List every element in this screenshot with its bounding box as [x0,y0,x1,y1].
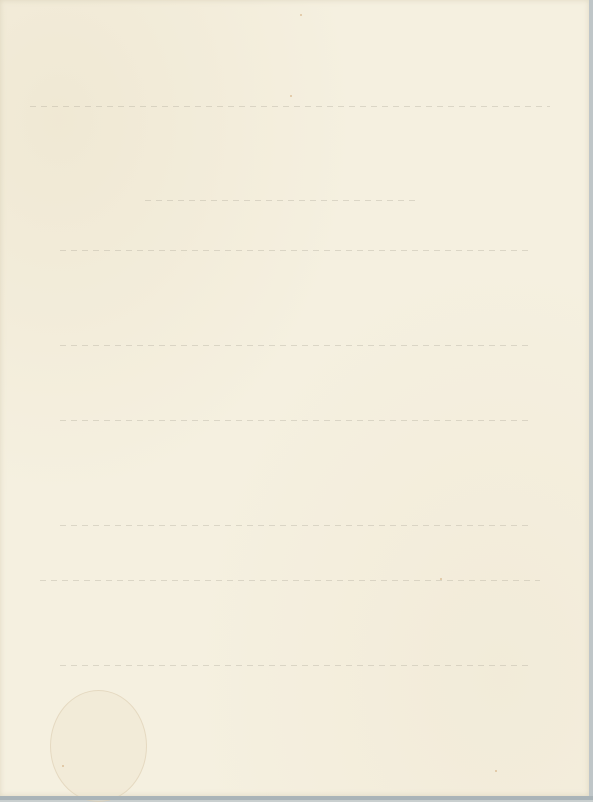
paper-speck [290,95,292,97]
bleed-through-line [60,250,530,251]
bleed-through-line [145,200,415,201]
scanned-page [0,0,589,796]
scan-edge-right [589,0,593,800]
bleed-through-line [60,665,530,666]
paper-speck [300,14,302,16]
bleed-through-line [60,525,530,526]
bleed-through-line [60,420,530,421]
paper-speck [440,578,442,580]
scan-edge-bottom [0,796,593,800]
paper-speck [495,770,497,772]
water-stain [50,690,147,800]
bleed-through-line [60,345,530,346]
bleed-through-line [40,580,540,581]
bleed-through-line [30,106,550,107]
paper-speck [62,765,64,767]
